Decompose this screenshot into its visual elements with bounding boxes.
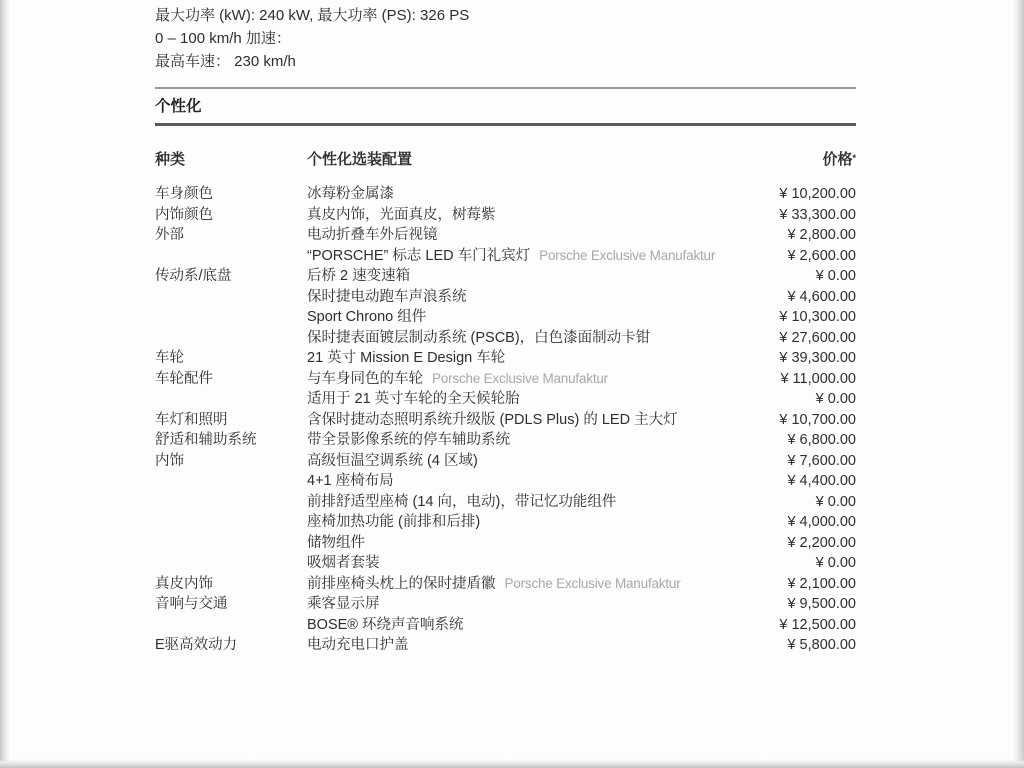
row-option-label: 后桥 2 速变速箱 (307, 268, 410, 284)
row-option-label: “PORSCHE” 标志 LED 车门礼宾灯 (307, 248, 530, 264)
row-option: 冰莓粉金属漆 (307, 184, 738, 205)
row-category: 内饰 (155, 451, 307, 472)
row-option: 电动折叠车外后视镜 (307, 225, 738, 246)
row-option-label: 冰莓粉金属漆 (307, 186, 394, 202)
row-option: 座椅加热功能 (前排和后排) (307, 512, 738, 533)
row-price: ¥ 4,600.00 (738, 287, 856, 308)
row-option: 前排座椅头枕上的保时捷盾徽Porsche Exclusive Manufaktu… (307, 574, 738, 595)
row-price: ¥ 0.00 (738, 492, 856, 513)
row-price: ¥ 2,200.00 (738, 533, 856, 554)
row-option-label: 含保时捷动态照明系统升级版 (PDLS Plus) 的 LED 主大灯 (307, 412, 678, 428)
row-option-label: 座椅加热功能 (前排和后排) (307, 514, 480, 530)
row-option: 与车身同色的车轮Porsche Exclusive Manufaktur (307, 369, 738, 390)
table-row: E驱高效动力 电动充电口护盖 ¥ 5,800.00 (155, 635, 856, 656)
row-option-label: 4+1 座椅布局 (307, 473, 394, 489)
table-row: 车轮 21 英寸 Mission E Design 车轮 ¥ 39,300.00 (155, 348, 856, 369)
row-price: ¥ 0.00 (738, 389, 856, 410)
row-price: ¥ 11,000.00 (738, 369, 856, 390)
row-price: ¥ 0.00 (738, 266, 856, 287)
row-option: 电动充电口护盖 (307, 635, 738, 656)
row-option: 适用于 21 英寸车轮的全天候轮胎 (307, 389, 738, 410)
table-row: 适用于 21 英寸车轮的全天候轮胎 ¥ 0.00 (155, 389, 856, 410)
row-category: 外部 (155, 225, 307, 246)
row-price: ¥ 2,100.00 (738, 574, 856, 595)
spec-max-power: 最大功率 (kW): 240 kW, 最大功率 (PS): 326 PS (155, 4, 856, 27)
row-option-label: BOSE® 环绕声音响系统 (307, 617, 464, 633)
row-option: 前排舒适型座椅 (14 向，电动)，带记忆功能组件 (307, 492, 738, 513)
row-price: ¥ 12,500.00 (738, 615, 856, 636)
row-option: 高级恒温空调系统 (4 区域) (307, 451, 738, 472)
divider-section (155, 123, 856, 126)
options-table-body: 车身颜色 冰莓粉金属漆 ¥ 10,200.00 内饰颜色 真皮内饰，光面真皮，树… (155, 184, 856, 656)
row-price: ¥ 27,600.00 (738, 328, 856, 349)
column-header-category: 种类 (155, 151, 307, 168)
row-option: 吸烟者套装 (307, 553, 738, 574)
price-footnote-mark: * (852, 153, 856, 163)
row-option: 真皮内饰，光面真皮，树莓紫 (307, 205, 738, 226)
table-row: 传动系/底盘 后桥 2 速变速箱 ¥ 0.00 (155, 266, 856, 287)
exclusive-manufaktur-label: Porsche Exclusive Manufaktur (505, 576, 681, 591)
row-category: 车灯和照明 (155, 410, 307, 431)
row-option-label: 电动折叠车外后视镜 (307, 227, 438, 243)
row-price: ¥ 6,800.00 (738, 430, 856, 451)
row-price: ¥ 2,800.00 (738, 225, 856, 246)
row-option: BOSE® 环绕声音响系统 (307, 615, 738, 636)
row-option: 4+1 座椅布局 (307, 471, 738, 492)
row-option-label: 保时捷表面镀层制动系统 (PSCB)，白色漆面制动卡钳 (307, 330, 650, 346)
row-price: ¥ 4,400.00 (738, 471, 856, 492)
page-edge-shadow-left (0, 0, 10, 768)
row-price: ¥ 33,300.00 (738, 205, 856, 226)
row-price: ¥ 4,000.00 (738, 512, 856, 533)
row-option-label: 适用于 21 英寸车轮的全天候轮胎 (307, 391, 520, 407)
row-option-label: 带全景影像系统的停车辅助系统 (307, 432, 510, 448)
document-content: 最大功率 (kW): 240 kW, 最大功率 (PS): 326 PS 0 –… (155, 0, 856, 656)
row-option: 带全景影像系统的停车辅助系统 (307, 430, 738, 451)
row-option-label: 21 英寸 Mission E Design 车轮 (307, 350, 505, 366)
row-option-label: 前排舒适型座椅 (14 向，电动)，带记忆功能组件 (307, 494, 616, 510)
row-option-label: 乘客显示屏 (307, 596, 380, 612)
table-row: 外部 电动折叠车外后视镜 ¥ 2,800.00 (155, 225, 856, 246)
table-row: 车身颜色 冰莓粉金属漆 ¥ 10,200.00 (155, 184, 856, 205)
row-option-label: Sport Chrono 组件 (307, 309, 426, 325)
table-row: 内饰颜色 真皮内饰，光面真皮，树莓紫 ¥ 33,300.00 (155, 205, 856, 226)
section-title: 个性化 (155, 89, 856, 123)
row-category: 舒适和辅助系统 (155, 430, 307, 451)
row-category: 车轮 (155, 348, 307, 369)
table-row: “PORSCHE” 标志 LED 车门礼宾灯Porsche Exclusive … (155, 246, 856, 267)
row-option: 后桥 2 速变速箱 (307, 266, 738, 287)
table-row: 内饰 高级恒温空调系统 (4 区域) ¥ 7,600.00 (155, 451, 856, 472)
row-price: ¥ 2,600.00 (738, 246, 856, 267)
row-category: 车身颜色 (155, 184, 307, 205)
row-price: ¥ 9,500.00 (738, 594, 856, 615)
row-option-label: 高级恒温空调系统 (4 区域) (307, 453, 478, 469)
row-price: ¥ 39,300.00 (738, 348, 856, 369)
spec-block: 最大功率 (kW): 240 kW, 最大功率 (PS): 326 PS 0 –… (155, 0, 856, 73)
column-header-price: 价格* (738, 151, 856, 168)
table-row: 座椅加热功能 (前排和后排) ¥ 4,000.00 (155, 512, 856, 533)
row-option: Sport Chrono 组件 (307, 307, 738, 328)
exclusive-manufaktur-label: Porsche Exclusive Manufaktur (432, 371, 608, 386)
table-row: 车灯和照明 含保时捷动态照明系统升级版 (PDLS Plus) 的 LED 主大… (155, 410, 856, 431)
table-row: 前排舒适型座椅 (14 向，电动)，带记忆功能组件 ¥ 0.00 (155, 492, 856, 513)
row-option: 保时捷表面镀层制动系统 (PSCB)，白色漆面制动卡钳 (307, 328, 738, 349)
row-option: 含保时捷动态照明系统升级版 (PDLS Plus) 的 LED 主大灯 (307, 410, 738, 431)
table-row: 保时捷表面镀层制动系统 (PSCB)，白色漆面制动卡钳 ¥ 27,600.00 (155, 328, 856, 349)
row-option: 保时捷电动跑车声浪系统 (307, 287, 738, 308)
table-row: 4+1 座椅布局 ¥ 4,400.00 (155, 471, 856, 492)
row-category: 音响与交通 (155, 594, 307, 615)
row-price: ¥ 7,600.00 (738, 451, 856, 472)
column-header-option: 个性化选装配置 (307, 151, 738, 168)
page-edge-shadow-right (1013, 0, 1024, 768)
row-price: ¥ 0.00 (738, 553, 856, 574)
spec-acceleration: 0 – 100 km/h 加速： (155, 27, 856, 50)
table-row: BOSE® 环绕声音响系统 ¥ 12,500.00 (155, 615, 856, 636)
row-option-label: 与车身同色的车轮 (307, 371, 423, 387)
row-option-label: 储物组件 (307, 535, 365, 551)
row-option: “PORSCHE” 标志 LED 车门礼宾灯Porsche Exclusive … (307, 246, 738, 267)
row-category: 车轮配件 (155, 369, 307, 390)
row-option: 储物组件 (307, 533, 738, 554)
row-option-label: 保时捷电动跑车声浪系统 (307, 289, 467, 305)
row-category: 内饰颜色 (155, 205, 307, 226)
table-row: 吸烟者套装 ¥ 0.00 (155, 553, 856, 574)
table-header-row: 种类 个性化选装配置 价格* (155, 151, 856, 168)
spec-top-speed: 最高车速： 230 km/h (155, 50, 856, 73)
row-price: ¥ 10,200.00 (738, 184, 856, 205)
row-price: ¥ 10,700.00 (738, 410, 856, 431)
row-category: 传动系/底盘 (155, 266, 307, 287)
table-row: 储物组件 ¥ 2,200.00 (155, 533, 856, 554)
exclusive-manufaktur-label: Porsche Exclusive Manufaktur (539, 248, 715, 263)
row-option-label: 吸烟者套装 (307, 555, 380, 571)
price-header-label: 价格 (822, 151, 852, 168)
row-price: ¥ 10,300.00 (738, 307, 856, 328)
row-option-label: 真皮内饰，光面真皮，树莓紫 (307, 207, 496, 223)
row-category: E驱高效动力 (155, 635, 307, 656)
row-option-label: 电动充电口护盖 (307, 637, 409, 653)
row-price: ¥ 5,800.00 (738, 635, 856, 656)
page-edge-shadow-bottom (0, 759, 1024, 768)
table-row: 舒适和辅助系统 带全景影像系统的停车辅助系统 ¥ 6,800.00 (155, 430, 856, 451)
table-row: 车轮配件 与车身同色的车轮Porsche Exclusive Manufaktu… (155, 369, 856, 390)
row-option-label: 前排座椅头枕上的保时捷盾徽 (307, 576, 496, 592)
table-row: 保时捷电动跑车声浪系统 ¥ 4,600.00 (155, 287, 856, 308)
table-row: 真皮内饰 前排座椅头枕上的保时捷盾徽Porsche Exclusive Manu… (155, 574, 856, 595)
document-page: 最大功率 (kW): 240 kW, 最大功率 (PS): 326 PS 0 –… (0, 0, 1024, 768)
row-category: 真皮内饰 (155, 574, 307, 595)
row-option: 乘客显示屏 (307, 594, 738, 615)
table-row: 音响与交通 乘客显示屏 ¥ 9,500.00 (155, 594, 856, 615)
table-row: Sport Chrono 组件 ¥ 10,300.00 (155, 307, 856, 328)
row-option: 21 英寸 Mission E Design 车轮 (307, 348, 738, 369)
